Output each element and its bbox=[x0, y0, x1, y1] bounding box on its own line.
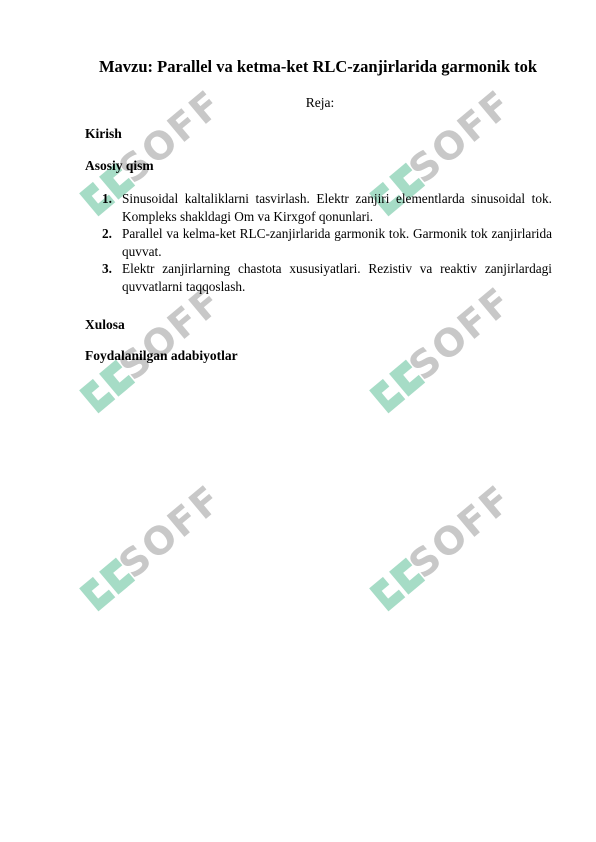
document-page: SOFF SOFF SOFF SOFF SOFF SOFF Mavzu: Par… bbox=[0, 0, 596, 842]
svg-text:SOFF: SOFF bbox=[111, 480, 231, 587]
list-item-number: 3. bbox=[102, 260, 112, 278]
plan-list: 1. Sinusoidal kaltaliklarni tasvirlash. … bbox=[100, 190, 552, 295]
list-item-text: Sinusoidal kaltaliklarni tasvirlash. Ele… bbox=[122, 191, 552, 224]
soff-logo-icon bbox=[369, 360, 425, 414]
watermark: SOFF bbox=[75, 480, 245, 620]
document-title: Mavzu: Parallel va ketma-ket RLC-zanjirl… bbox=[0, 57, 596, 77]
list-item-number: 2. bbox=[102, 225, 112, 243]
section-main: Asosiy qism bbox=[85, 158, 154, 174]
list-item-text: Elektr zanjirlarning chastota xususiyatl… bbox=[122, 261, 552, 294]
soff-logo-icon bbox=[79, 360, 135, 414]
section-intro: Kirish bbox=[85, 126, 122, 142]
watermark: SOFF bbox=[365, 282, 535, 422]
list-item: 1. Sinusoidal kaltaliklarni tasvirlash. … bbox=[100, 190, 552, 225]
list-item: 3. Elektr zanjirlarning chastota xususiy… bbox=[100, 260, 552, 295]
svg-text:SOFF: SOFF bbox=[111, 282, 231, 389]
list-item: 2. Parallel va kelma-ket RLC-zanjirlarid… bbox=[100, 225, 552, 260]
list-item-text: Parallel va kelma-ket RLC-zanjirlarida g… bbox=[122, 226, 552, 259]
list-item-number: 1. bbox=[102, 190, 112, 208]
watermark: SOFF bbox=[365, 480, 535, 620]
svg-text:SOFF: SOFF bbox=[401, 282, 521, 389]
soff-logo-icon bbox=[369, 558, 425, 612]
section-conclusion: Xulosa bbox=[85, 317, 125, 333]
svg-text:SOFF: SOFF bbox=[401, 480, 521, 587]
section-references: Foydalanilgan adabiyotlar bbox=[85, 348, 238, 364]
soff-logo-icon bbox=[79, 558, 135, 612]
plan-label: Reja: bbox=[0, 95, 596, 111]
